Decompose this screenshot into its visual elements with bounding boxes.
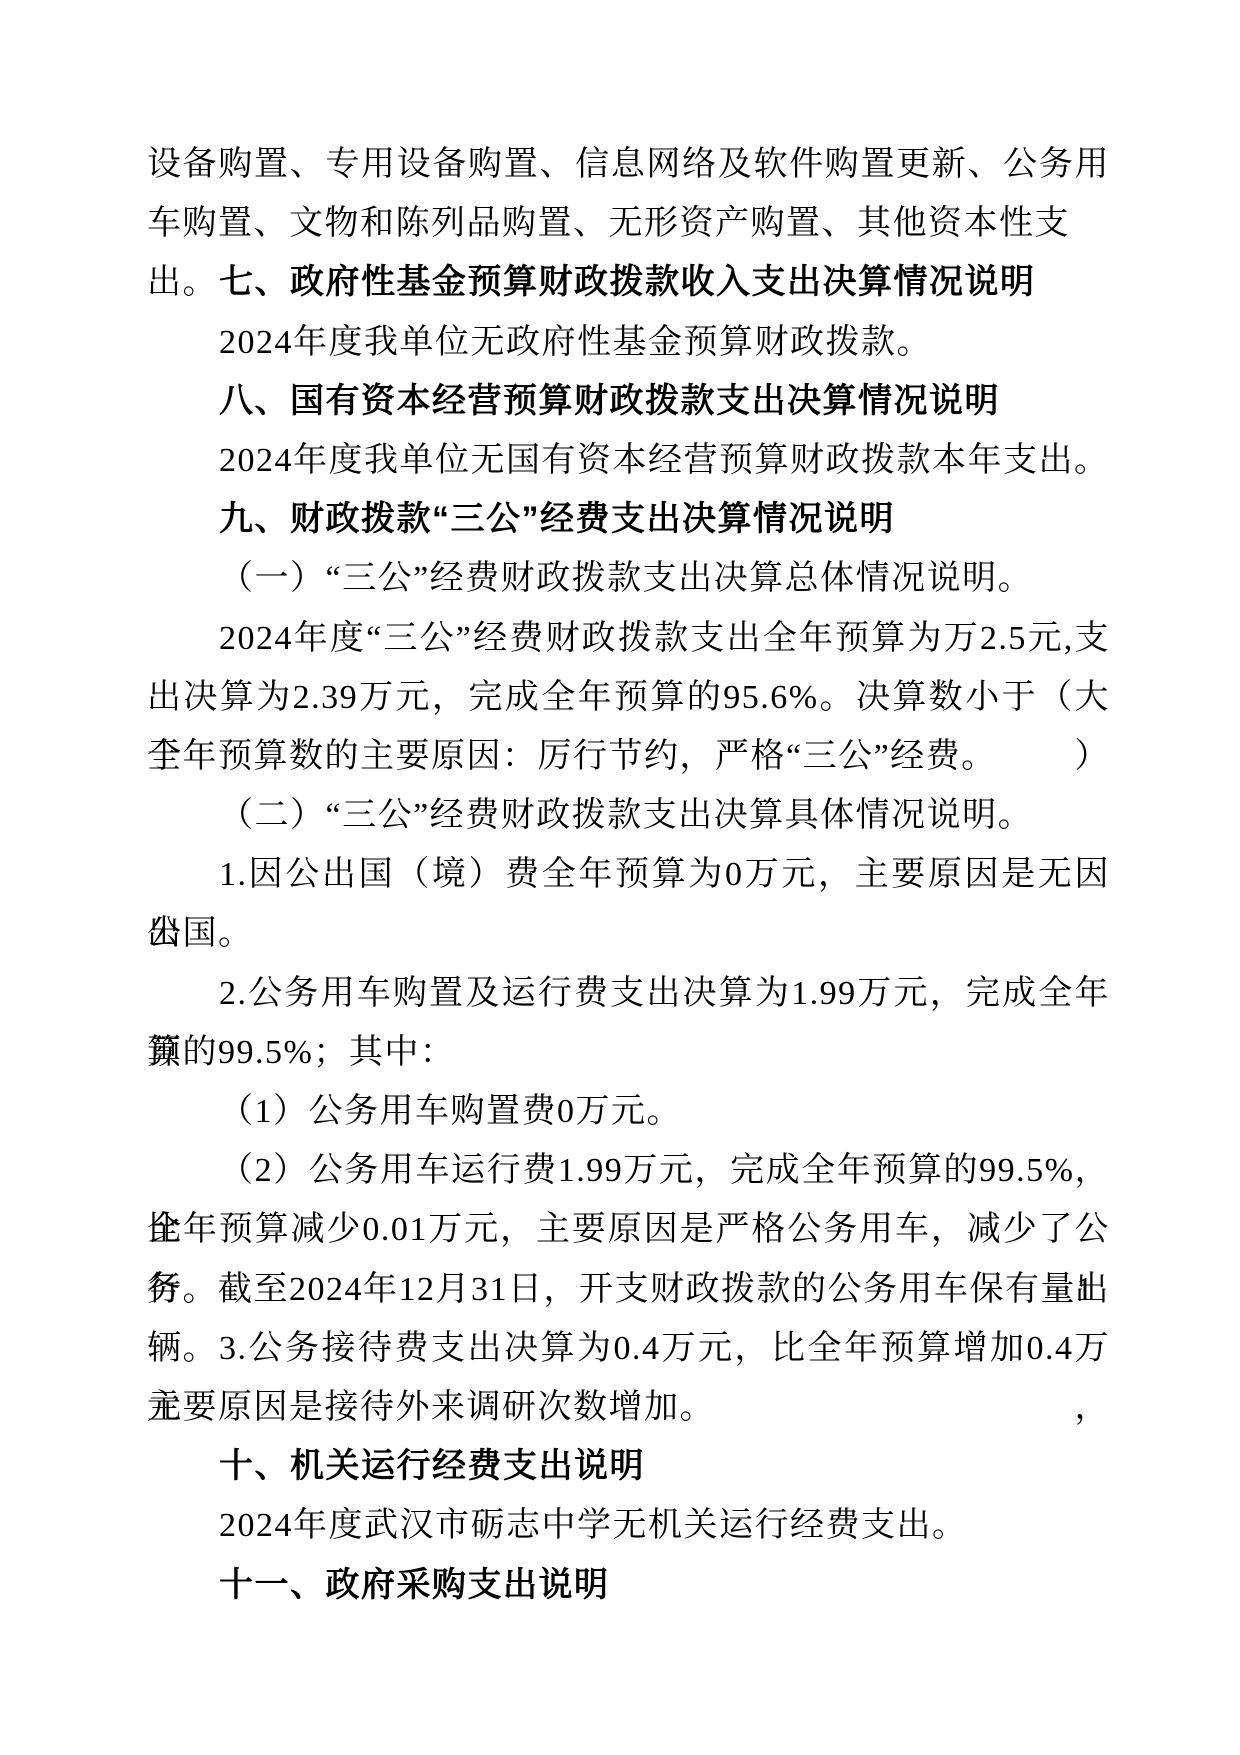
document-text-block: 设备购置、专用设备购置、信息网络及软件购置更新、公务用车购置、文物和陈列品购置、… bbox=[147, 135, 1110, 1615]
section-heading-line: 九、财政拨款“三公”经费支出决算情况说明 bbox=[147, 490, 1110, 549]
paragraph-line: 1.因公出国（境）费全年预算为0万元，主要原因是无因公 bbox=[147, 845, 1110, 904]
paragraph-line: 设备购置、专用设备购置、信息网络及软件购置更新、公务用 bbox=[147, 135, 1110, 194]
paragraph-line: 全年预算减少0.01万元，主要原因是严格公务用车，减少了公务出 bbox=[147, 1200, 1110, 1259]
paragraph-line: 算的99.5%；其中： bbox=[147, 1023, 1110, 1082]
paragraph-line: （2）公务用车运行费1.99万元，完成全年预算的99.5%，比 bbox=[147, 1141, 1110, 1200]
section-heading-line: 十、机关运行经费支出说明 bbox=[147, 1437, 1110, 1496]
paragraph-line: 2024年度武汉市砺志中学无机关运行经费支出。 bbox=[147, 1496, 1110, 1555]
paragraph-line: （一）“三公”经费财政拨款支出决算总体情况说明。 bbox=[147, 549, 1110, 608]
paragraph-line: 全年预算数的主要原因：厉行节约，严格“三公”经费。 bbox=[147, 727, 1110, 786]
section-heading-line: 八、国有资本经营预算财政拨款支出决算情况说明 bbox=[147, 372, 1110, 431]
paragraph-line: 车购置、文物和陈列品购置、无形资产购置、其他资本性支出。 bbox=[147, 194, 1110, 253]
paragraph-line: 行。截至2024年12月31日，开支财政拨款的公务用车保有量1辆。 bbox=[147, 1260, 1110, 1319]
paragraph-line: 3.公务接待费支出决算为0.4万元，比全年预算增加0.4万元， bbox=[147, 1319, 1110, 1378]
paragraph-line: 出决算为2.39万元，完成全年预算的95.6%。决算数小于（大于） bbox=[147, 668, 1110, 727]
paragraph-line: 2024年度我单位无政府性基金预算财政拨款。 bbox=[147, 313, 1110, 372]
paragraph-line: 2024年度我单位无国有资本经营预算财政拨款本年支出。 bbox=[147, 431, 1110, 490]
paragraph-line: 2024年度“三公”经费财政拨款支出全年预算为万2.5元,支 bbox=[147, 609, 1110, 668]
document-page: 设备购置、专用设备购置、信息网络及软件购置更新、公务用车购置、文物和陈列品购置、… bbox=[0, 0, 1240, 1755]
paragraph-line: 2.公务用车购置及运行费支出决算为1.99万元，完成全年预 bbox=[147, 964, 1110, 1023]
section-heading-line: 十一、政府采购支出说明 bbox=[147, 1556, 1110, 1615]
paragraph-line: 出国。 bbox=[147, 904, 1110, 963]
paragraph-line: （二）“三公”经费财政拨款支出决算具体情况说明。 bbox=[147, 786, 1110, 845]
paragraph-line: （1）公务用车购置费0万元。 bbox=[147, 1082, 1110, 1141]
section-heading-line: 七、政府性基金预算财政拨款收入支出决算情况说明 bbox=[147, 253, 1110, 312]
